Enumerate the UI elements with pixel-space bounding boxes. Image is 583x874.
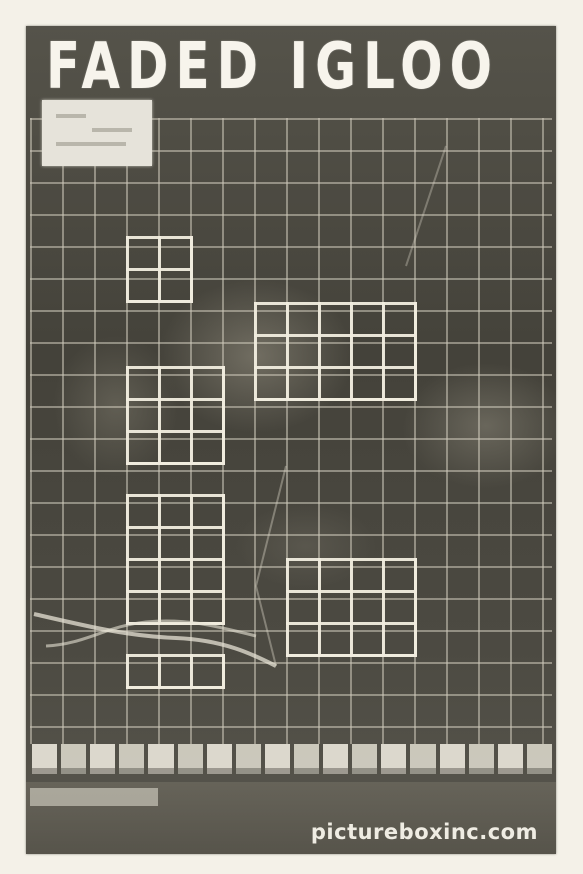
letter-tile	[498, 744, 523, 774]
letter-tile	[527, 744, 552, 774]
letter-tile	[178, 744, 203, 774]
letter-tile	[469, 744, 494, 774]
highlight-cluster-mid-left	[126, 366, 225, 465]
highlight-cluster-bottom-left	[126, 654, 225, 689]
highlight-cluster-lower-left	[126, 494, 225, 625]
letter-tile	[32, 744, 57, 774]
letter-tile	[323, 744, 348, 774]
publisher-url: pictureboxinc.com	[311, 820, 538, 844]
letter-tile	[148, 744, 173, 774]
letter-tile	[294, 744, 319, 774]
letter-tile	[352, 744, 377, 774]
letter-tile	[381, 744, 406, 774]
letter-tile	[61, 744, 86, 774]
letter-tile	[119, 744, 144, 774]
highlight-cluster-upper-left	[126, 236, 193, 303]
highlight-cluster-center	[254, 302, 417, 401]
highlight-cluster-lower-right	[286, 558, 417, 657]
cover-artwork: FADED IGLOO pictureboxinc.com	[26, 26, 556, 854]
cover-title: FADED IGLOO	[46, 28, 436, 106]
letter-tile-row	[32, 738, 552, 782]
letter-tile	[90, 744, 115, 774]
letter-tile	[265, 744, 290, 774]
letter-tile	[236, 744, 261, 774]
illegible-imprint-label	[30, 788, 158, 806]
letter-tile	[207, 744, 232, 774]
letter-tile	[410, 744, 435, 774]
sticker-label	[42, 100, 152, 166]
letter-tile	[440, 744, 465, 774]
